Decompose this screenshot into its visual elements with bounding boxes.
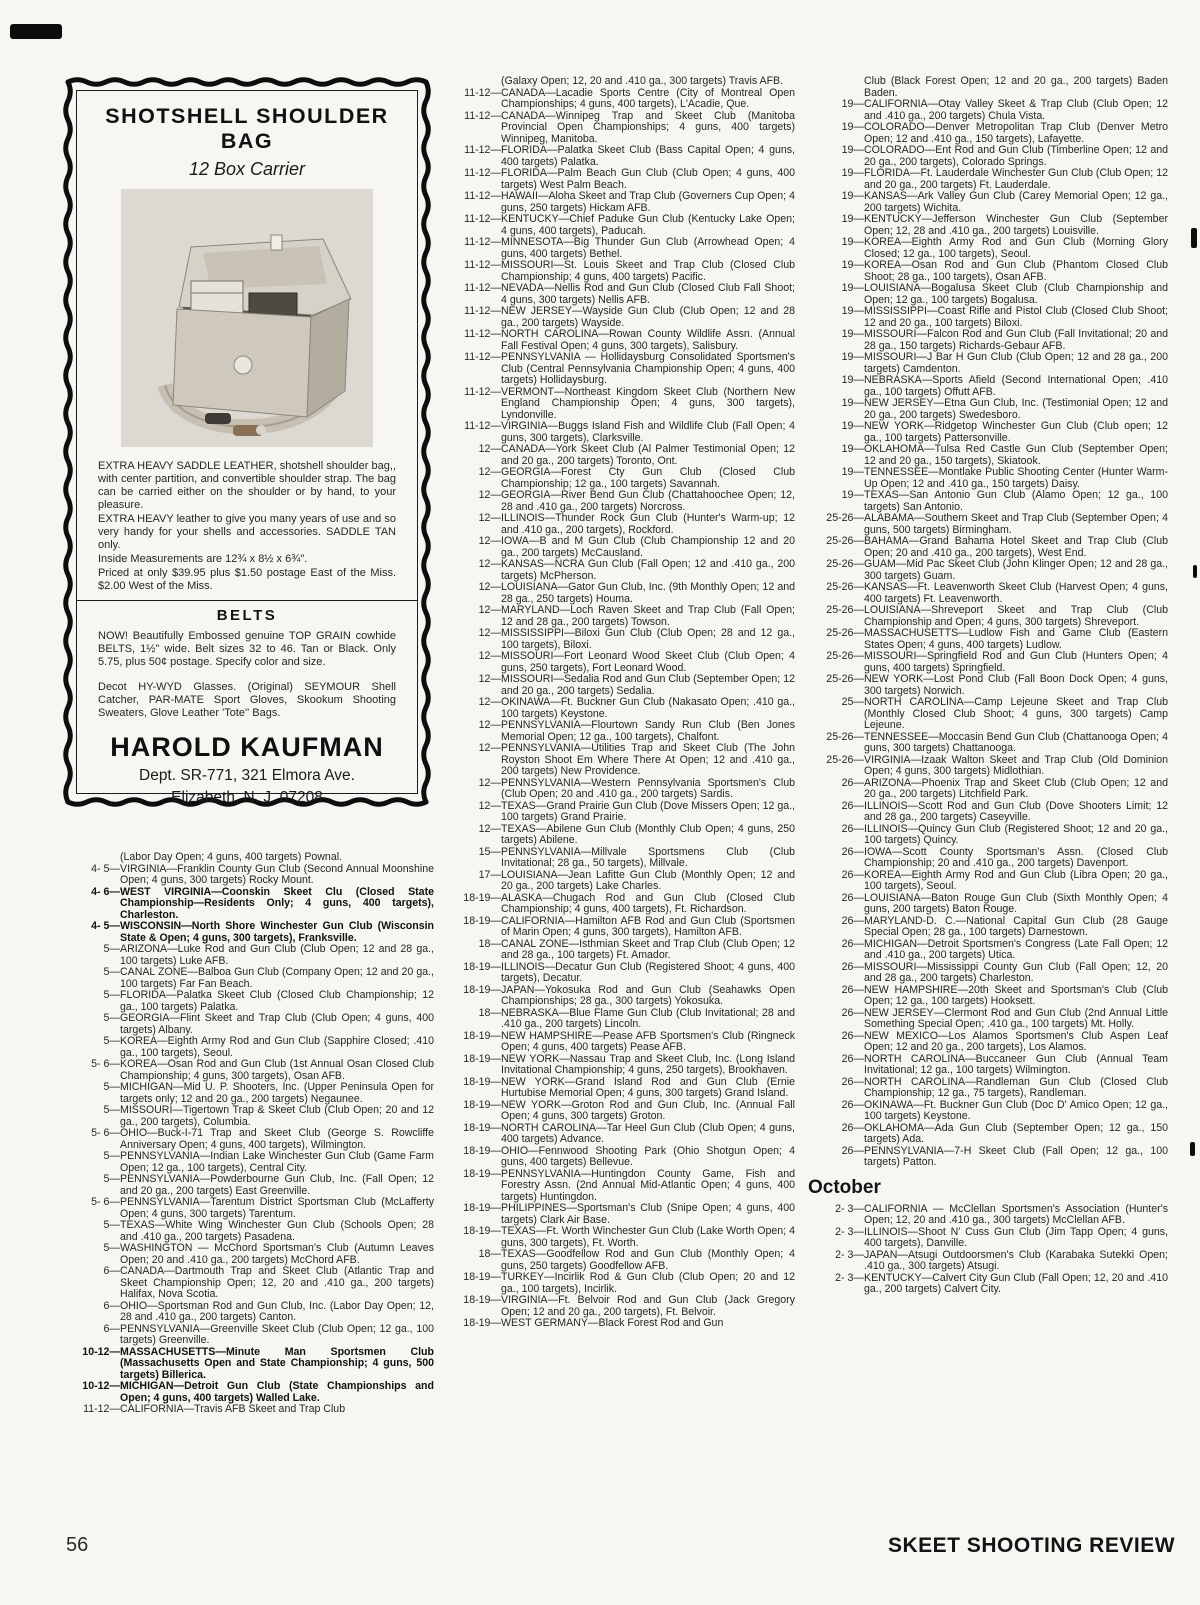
event-listing: 25-26—GUAM—Mid Pac Skeet Club (John Klin… [806, 559, 1168, 582]
event-date: 12— [443, 559, 501, 582]
event-text: PENNSYLVANIA—Western Pennsylvania Sports… [501, 778, 795, 801]
event-text: NEW YORK—Groton Rod and Gun Club, Inc. (… [501, 1100, 795, 1123]
event-date: 18-19— [443, 1226, 501, 1249]
event-date: 11-12— [443, 214, 501, 237]
event-text: BAHAMA—Grand Bahama Hotel Skeet and Trap… [864, 536, 1168, 559]
event-date: 12— [443, 467, 501, 490]
event-listing: 12—MISSISSIPPI—Biloxi Gun Club (Club Ope… [443, 628, 795, 651]
event-date: 26— [806, 893, 864, 916]
event-text: TEXAS—Goodfellow Rod and Gun Club (Month… [501, 1249, 795, 1272]
event-text: COLORADO—Ent Rod and Gun Club (Timberlin… [864, 145, 1168, 168]
event-listing: 18-19—PHILIPPINES—Sportsman's Club (Snip… [443, 1203, 795, 1226]
event-listing: 26—NEW HAMPSHIRE—20th Skeet and Sportsma… [806, 985, 1168, 1008]
event-date: 11-12— [443, 88, 501, 111]
event-text: TEXAS—Ft. Worth Winchester Gun Club (Lak… [501, 1226, 795, 1249]
event-listing: 25-26—TENNESSEE—Moccasin Bend Gun Club (… [806, 732, 1168, 755]
event-date: 18-19— [443, 1203, 501, 1226]
event-date: 5- 6— [62, 1197, 120, 1220]
magazine-title-footer: SKEET SHOOTING REVIEW [888, 1534, 1175, 1558]
event-listing: 18-19—NEW YORK—Groton Rod and Gun Club, … [443, 1100, 795, 1123]
event-date: 19— [806, 122, 864, 145]
event-text: MINNESOTA—Big Thunder Gun Club (Arrowhea… [501, 237, 795, 260]
event-text: CANADA—Lacadie Sports Centre (City of Mo… [501, 88, 795, 111]
event-text: MISSOURI—Springfield Rod and Gun Club (H… [864, 651, 1168, 674]
event-listing: 25-26—MISSOURI—Springfield Rod and Gun C… [806, 651, 1168, 674]
vendor-address-line1: Dept. SR-771, 321 Elmora Ave. [77, 767, 417, 785]
event-date: 26— [806, 801, 864, 824]
event-date: 11-12— [443, 260, 501, 283]
event-text: NEW YORK—Grand Island Rod and Gun Club (… [501, 1077, 795, 1100]
event-listing: 26—ILLINOIS—Quincy Gun Club (Registered … [806, 824, 1168, 847]
event-date: 18-19— [443, 916, 501, 939]
event-date: 2- 3— [806, 1250, 864, 1273]
event-date: 2- 3— [806, 1204, 864, 1227]
event-listing: 19—LOUISIANA—Bogalusa Skeet Club (Club C… [806, 283, 1168, 306]
event-listing: 26—OKINAWA—Ft. Buckner Gun Club (Doc D' … [806, 1100, 1168, 1123]
scan-artifact [10, 24, 62, 39]
event-date: 19— [806, 352, 864, 375]
event-text: OKLAHOMA—Ada Gun Club (September Open; 1… [864, 1123, 1168, 1146]
event-date: 26— [806, 778, 864, 801]
event-date: 12— [443, 697, 501, 720]
event-list-middle: (Galaxy Open; 12, 20 and .410 ga., 300 t… [443, 76, 795, 1330]
event-text: PHILIPPINES—Sportsman's Club (Snipe Open… [501, 1203, 795, 1226]
event-listing: 12—GEORGIA—River Bend Gun Club (Chattaho… [443, 490, 795, 513]
event-date: 25-26— [806, 755, 864, 778]
event-listing: 11-12—CALIFORNIA—Travis AFB Skeet and Tr… [62, 1404, 434, 1416]
event-text: GEORGIA—Forest Cty Gun Club (Closed Club… [501, 467, 795, 490]
event-text: GUAM—Mid Pac Skeet Club (John Klinger Op… [864, 559, 1168, 582]
event-text: NORTH CAROLINA—Randleman Gun Club (Close… [864, 1077, 1168, 1100]
event-text: OHIO—Buck-I-71 Trap and Skeet Club (Geor… [120, 1128, 434, 1151]
event-text: OKINAWA—Ft. Buckner Gun Club (Nakasato O… [501, 697, 795, 720]
event-listing: 11-12—FLORIDA—Palatka Skeet Club (Bass C… [443, 145, 795, 168]
event-date: 26— [806, 870, 864, 893]
event-text: MISSOURI—Falcon Rod and Gun Club (Fall I… [864, 329, 1168, 352]
event-listing: 2- 3—CALIFORNIA — McClellan Sportsmen's … [806, 1204, 1168, 1227]
event-text: VIRGINIA—Franklin County Gun Club (Secon… [120, 864, 434, 887]
event-text: PENNSYLVANIA—Indian Lake Winchester Gun … [120, 1151, 434, 1174]
ad-paragraph: Inside Measurements are 12¾ x 8½ x 6¾". [98, 553, 396, 566]
event-listing: 11-12—CANADA—Winnipeg Trap and Skeet Clu… [443, 111, 795, 146]
event-listing: 12—PENNSYLVANIA—Western Pennsylvania Spo… [443, 778, 795, 801]
event-text: MISSISSIPPI—Biloxi Gun Club (Club Open; … [501, 628, 795, 651]
ad-paragraph: Priced at only $39.95 plus $1.50 postage… [98, 567, 396, 593]
event-listing: 18-19—ALASKA—Chugach Rod and Gun Club (C… [443, 893, 795, 916]
event-text: ILLINOIS—Thunder Rock Gun Club (Hunter's… [501, 513, 795, 536]
event-text: IOWA—Scott County Sportsman's Assn. (Clo… [864, 847, 1168, 870]
event-date: 5— [62, 1220, 120, 1243]
event-list-right-october: 2- 3—CALIFORNIA — McClellan Sportsmen's … [806, 1204, 1168, 1296]
event-listing: 5—MISSOURI—Tigertown Trap & Skeet Club (… [62, 1105, 434, 1128]
event-date: 26— [806, 939, 864, 962]
event-listing: 12—PENNSYLVANIA—Utilities Trap and Skeet… [443, 743, 795, 778]
event-text: MICHIGAN—Detroit Sportsmen's Congress (L… [864, 939, 1168, 962]
event-listing: 19—KANSAS—Ark Valley Gun Club (Carey Mem… [806, 191, 1168, 214]
event-listing: 18-19—TURKEY—Incirlik Rod & Gun Club (Cl… [443, 1272, 795, 1295]
event-date: 19— [806, 490, 864, 513]
event-listing: 18-19—ILLINOIS—Decatur Gun Club (Registe… [443, 962, 795, 985]
event-listing: 19—COLORADO—Ent Rod and Gun Club (Timber… [806, 145, 1168, 168]
event-date [443, 76, 501, 88]
event-text: NEW JERSEY—Clermont Rod and Gun Club (2n… [864, 1008, 1168, 1031]
event-listing: 19—TEXAS—San Antonio Gun Club (Alamo Ope… [806, 490, 1168, 513]
event-listing: 12—TEXAS—Abilene Gun Club (Monthly Club … [443, 824, 795, 847]
event-date [62, 852, 120, 864]
event-date: 11-12— [443, 145, 501, 168]
event-date: 11-12— [443, 237, 501, 260]
event-date: 25-26— [806, 559, 864, 582]
event-text: NEBRASKA—Sports Afield (Second Internati… [864, 375, 1168, 398]
event-listing: 11-12—NEVADA—Nellis Rod and Gun Club (Cl… [443, 283, 795, 306]
event-text: NORTH CAROLINA—Tar Heel Gun Club (Club O… [501, 1123, 795, 1146]
event-date: 11-12— [443, 111, 501, 146]
event-listing: 12—KANSAS—NCRA Gun Club (Fall Open; 12 a… [443, 559, 795, 582]
event-date: 25-26— [806, 605, 864, 628]
event-date: 26— [806, 962, 864, 985]
event-date: 12— [443, 536, 501, 559]
event-date: 5— [62, 967, 120, 990]
event-listing: 18-19—JAPAN—Yokosuka Rod and Gun Club (S… [443, 985, 795, 1008]
event-listing: 4- 5—WISCONSIN—North Shore Winchester Gu… [62, 921, 434, 944]
event-listing: 26—MARYLAND-D. C.—National Capital Gun C… [806, 916, 1168, 939]
event-text: CALIFORNIA—Hamilton AFB Rod and Gun Club… [501, 916, 795, 939]
event-date: 25-26— [806, 674, 864, 697]
event-date: 5— [62, 1082, 120, 1105]
event-listing: 18-19—WEST GERMANY—Black Forest Rod and … [443, 1318, 795, 1330]
event-text: CALIFORNIA—Otay Valley Skeet & Trap Club… [864, 99, 1168, 122]
event-text: PENNSYLVANIA—Tarentum District Sportsman… [120, 1197, 434, 1220]
event-listing: 12—MISSOURI—Sedalia Rod and Gun Club (Se… [443, 674, 795, 697]
product-photo [121, 189, 373, 452]
event-text: (Galaxy Open; 12, 20 and .410 ga., 300 t… [501, 76, 795, 88]
event-text: KANSAS—NCRA Gun Club (Fall Open; 12 and … [501, 559, 795, 582]
event-text: NORTH CAROLINA—Buccaneer Gun Club (Annua… [864, 1054, 1168, 1077]
event-date: 15— [443, 847, 501, 870]
section-divider [77, 600, 417, 601]
event-date: 12— [443, 720, 501, 743]
event-listing: 11-12—FLORIDA—Palm Beach Gun Club (Club … [443, 168, 795, 191]
event-date: 11-12— [443, 306, 501, 329]
event-listing: 5—KOREA—Eighth Army Rod and Gun Club (Sa… [62, 1036, 434, 1059]
event-date: 19— [806, 398, 864, 421]
event-listing: 25-26—NEW YORK—Lost Pond Club (Fall Boon… [806, 674, 1168, 697]
ad-paragraph: EXTRA HEAVY leather to give you many yea… [98, 513, 396, 552]
event-list-left: (Labor Day Open; 4 guns, 400 targets) Po… [62, 852, 434, 1416]
event-text: PENNSYLVANIA—Millvale Sportsmens Club (C… [501, 847, 795, 870]
event-text: ALABAMA—Southern Skeet and Trap Club (Se… [864, 513, 1168, 536]
event-text: TENNESSEE—Moccasin Bend Gun Club (Chatta… [864, 732, 1168, 755]
event-text: CANADA—York Skeet Club (Al Palmer Testim… [501, 444, 795, 467]
event-listing: 5—FLORIDA—Palatka Skeet Club (Closed Clu… [62, 990, 434, 1013]
event-text: ALASKA—Chugach Rod and Gun Club (Closed … [501, 893, 795, 916]
event-listing: (Labor Day Open; 4 guns, 400 targets) Po… [62, 852, 434, 864]
event-text: ARIZONA—Phoenix Trap and Skeet Club (Clu… [864, 778, 1168, 801]
ad-copy: EXTRA HEAVY SADDLE LEATHER, shotshell sh… [77, 460, 417, 593]
event-date [806, 76, 864, 99]
event-text: TEXAS—San Antonio Gun Club (Alamo Open; … [864, 490, 1168, 513]
event-listing: 25-26—VIRGINIA—Izaak Walton Skeet and Tr… [806, 755, 1168, 778]
event-date: 18-19— [443, 1031, 501, 1054]
event-date: 12— [443, 444, 501, 467]
event-listing: 26—MICHIGAN—Detroit Sportsmen's Congress… [806, 939, 1168, 962]
event-text: KOREA—Eighth Army Rod and Gun Club (Sapp… [120, 1036, 434, 1059]
event-date: 5— [62, 1174, 120, 1197]
event-listing: 18-19—TEXAS—Ft. Worth Winchester Gun Clu… [443, 1226, 795, 1249]
event-text: FLORIDA—Ft. Lauderdale Winchester Gun Cl… [864, 168, 1168, 191]
event-listing: 25-26—BAHAMA—Grand Bahama Hotel Skeet an… [806, 536, 1168, 559]
event-date: 19— [806, 260, 864, 283]
event-text: ILLINOIS—Decatur Gun Club (Registered Sh… [501, 962, 795, 985]
event-text: GEORGIA—Flint Skeet and Trap Club (Club … [120, 1013, 434, 1036]
event-text: PENNSYLVANIA—Huntingdon County Game, Fis… [501, 1169, 795, 1204]
event-date: 11-12— [443, 168, 501, 191]
event-date: 12— [443, 605, 501, 628]
event-listing: 18—NEBRASKA—Blue Flame Gun Club (Club In… [443, 1008, 795, 1031]
event-listing: 12—MISSOURI—Fort Leonard Wood Skeet Club… [443, 651, 795, 674]
event-listing: 2- 3—ILLINOIS—Shoot N' Cuss Gun Club (Ji… [806, 1227, 1168, 1250]
event-date: 5- 6— [62, 1059, 120, 1082]
event-text: MASSACHUSETTS—Ludlow Fish and Game Club … [864, 628, 1168, 651]
event-date: 12— [443, 628, 501, 651]
event-listing: 19—CALIFORNIA—Otay Valley Skeet & Trap C… [806, 99, 1168, 122]
event-date: 2- 3— [806, 1273, 864, 1296]
event-text: ILLINOIS—Quincy Gun Club (Registered Sho… [864, 824, 1168, 847]
event-listing: 18—TEXAS—Goodfellow Rod and Gun Club (Mo… [443, 1249, 795, 1272]
event-date: 18-19— [443, 1318, 501, 1330]
page-number: 56 [66, 1534, 88, 1557]
event-text: NEW MEXICO—Los Alamos Sportsmen's Club A… [864, 1031, 1168, 1054]
event-date: 26— [806, 1146, 864, 1169]
event-date: 12— [443, 651, 501, 674]
event-text: KOREA—Eighth Army Rod and Gun Club (Libr… [864, 870, 1168, 893]
event-text: NEBRASKA—Blue Flame Gun Club (Club Invit… [501, 1008, 795, 1031]
event-date: 12— [443, 513, 501, 536]
event-text: KOREA—Eighth Army Rod and Gun Club (Morn… [864, 237, 1168, 260]
event-listing: 25-26—KANSAS—Ft. Leavenworth Skeet Club … [806, 582, 1168, 605]
event-text: OHIO—Fennwood Shooting Park (Ohio Shotgu… [501, 1146, 795, 1169]
event-date: 19— [806, 375, 864, 398]
shotshell-bag-advertisement: SHOTSHELL SHOULDER BAG 12 Box Carrier [60, 74, 434, 810]
event-listing: 11-12—MISSOURI—St. Louis Skeet and Trap … [443, 260, 795, 283]
event-date: 4- 6— [62, 887, 120, 922]
event-date: 11-12— [443, 387, 501, 422]
extras-copy: Decot HY-WYD Glasses. (Original) SEYMOUR… [77, 681, 417, 720]
event-listing: 10-12—MASSACHUSETTS—Minute Man Sportsmen… [62, 1347, 434, 1382]
event-date: 26— [806, 1054, 864, 1077]
event-listing: 5—CANAL ZONE—Balboa Gun Club (Company Op… [62, 967, 434, 990]
vendor-name: HAROLD KAUFMAN [77, 732, 417, 763]
ad-subtitle: 12 Box Carrier [77, 159, 417, 180]
event-date: 19— [806, 168, 864, 191]
event-date: 19— [806, 283, 864, 306]
event-text: TEXAS—White Wing Winchester Gun Club (Sc… [120, 1220, 434, 1243]
event-text: LOUISIANA—Bogalusa Skeet Club (Club Cham… [864, 283, 1168, 306]
ad-title: SHOTSHELL SHOULDER BAG [77, 104, 417, 154]
event-listing: 26—PENNSYLVANIA—7-H Skeet Club (Fall Ope… [806, 1146, 1168, 1169]
event-date: 18-19— [443, 1169, 501, 1204]
scan-artifact [1193, 565, 1197, 578]
event-listing: 26—NEW JERSEY—Clermont Rod and Gun Club … [806, 1008, 1168, 1031]
event-listing: 26—NORTH CAROLINA—Randleman Gun Club (Cl… [806, 1077, 1168, 1100]
event-date: 18-19— [443, 1295, 501, 1318]
event-date: 12— [443, 490, 501, 513]
event-date: 10-12— [62, 1347, 120, 1382]
event-date: 25-26— [806, 582, 864, 605]
event-text: TEXAS—Grand Prairie Gun Club (Dove Misse… [501, 801, 795, 824]
event-listing: 26—LOUISIANA—Baton Rouge Gun Club (Sixth… [806, 893, 1168, 916]
event-listing: 12—MARYLAND—Loch Raven Skeet and Trap Cl… [443, 605, 795, 628]
event-text: NEW JERSEY—Wayside Gun Club (Club Open; … [501, 306, 795, 329]
event-text: MISSOURI—Tigertown Trap & Skeet Club (Cl… [120, 1105, 434, 1128]
event-listing: 11-12—KENTUCKY—Chief Paduke Gun Club (Ke… [443, 214, 795, 237]
event-listing: 12—GEORGIA—Forest Cty Gun Club (Closed C… [443, 467, 795, 490]
product-photo-illustration [121, 189, 373, 447]
event-listing: 11-12—HAWAII—Aloha Skeet and Trap Club (… [443, 191, 795, 214]
event-date: 5— [62, 944, 120, 967]
event-listing: 11-12—PENNSYLVANIA — Hollidaysburg Conso… [443, 352, 795, 387]
event-text: MICHIGAN—Mid U. P. Shooters, Inc. (Upper… [120, 1082, 434, 1105]
event-listing: 25-26—ALABAMA—Southern Skeet and Trap Cl… [806, 513, 1168, 536]
event-date: 6— [62, 1266, 120, 1301]
event-date: 18-19— [443, 1146, 501, 1169]
event-text: ILLINOIS—Shoot N' Cuss Gun Club (Jim Tap… [864, 1227, 1168, 1250]
event-listing: 26—KOREA—Eighth Army Rod and Gun Club (L… [806, 870, 1168, 893]
event-listing: 5—WASHINGTON — McChord Sportsman's Club … [62, 1243, 434, 1266]
event-text: KENTUCKY—Jefferson Winchester Gun Club (… [864, 214, 1168, 237]
event-text: LOUISIANA—Gator Gun Club, Inc. (9th Mont… [501, 582, 795, 605]
event-date: 10-12— [62, 1381, 120, 1404]
event-text: TURKEY—Incirlik Rod & Gun Club (Club Ope… [501, 1272, 795, 1295]
event-text: LOUISIANA—Baton Rouge Gun Club (Sixth Mo… [864, 893, 1168, 916]
event-listing: 18-19—NEW YORK—Nassau Trap and Skeet Clu… [443, 1054, 795, 1077]
event-date: 5— [62, 1036, 120, 1059]
event-listing: 6—PENNSYLVANIA—Greenville Skeet Club (Cl… [62, 1324, 434, 1347]
event-date: 11-12— [443, 352, 501, 387]
event-text: HAWAII—Aloha Skeet and Trap Club (Govern… [501, 191, 795, 214]
event-listing: 5—PENNSYLVANIA—Powderbourne Gun Club, In… [62, 1174, 434, 1197]
event-listing: 5—ARIZONA—Luke Rod and Gun Club (Club Op… [62, 944, 434, 967]
event-text: NEW HAMPSHIRE—Pease AFB Sportsmen's Club… [501, 1031, 795, 1054]
event-listing: 19—NEW YORK—Ridgetop Winchester Gun Club… [806, 421, 1168, 444]
event-date: 25-26— [806, 732, 864, 755]
event-text: TEXAS—Abilene Gun Club (Monthly Club Ope… [501, 824, 795, 847]
event-date: 5— [62, 1151, 120, 1174]
event-listing: 26—OKLAHOMA—Ada Gun Club (September Open… [806, 1123, 1168, 1146]
event-text: FLORIDA—Palm Beach Gun Club (Club Open; … [501, 168, 795, 191]
event-date: 18-19— [443, 1054, 501, 1077]
event-listing: 19—OKLAHOMA—Tulsa Red Castle Gun Club (S… [806, 444, 1168, 467]
event-listing: 19—MISSOURI—J Bar H Gun Club (Club Open;… [806, 352, 1168, 375]
event-date: 19— [806, 237, 864, 260]
event-text: TENNESSEE—Montlake Public Shooting Cente… [864, 467, 1168, 490]
event-listing: 19—NEBRASKA—Sports Afield (Second Intern… [806, 375, 1168, 398]
vendor-address-line2: Elizabeth, N. J. 07208 [77, 789, 417, 807]
event-text: PENNSYLVANIA—Utilities Trap and Skeet Cl… [501, 743, 795, 778]
event-text: LOUISIANA—Shreveport Skeet and Trap Club… [864, 605, 1168, 628]
event-listing: 26—NORTH CAROLINA—Buccaneer Gun Club (An… [806, 1054, 1168, 1077]
event-date: 12— [443, 743, 501, 778]
event-text: WEST VIRGINIA—Coonskin Skeet Clu (Closed… [120, 887, 434, 922]
event-date: 26— [806, 1031, 864, 1054]
event-text: VERMONT—Northeast Kingdom Skeet Club (No… [501, 387, 795, 422]
event-listing: 5—TEXAS—White Wing Winchester Gun Club (… [62, 1220, 434, 1243]
event-text: WEST GERMANY—Black Forest Rod and Gun [501, 1318, 795, 1330]
event-date: 11-12— [443, 283, 501, 306]
event-listing: 6—OHIO—Sportsman Rod and Gun Club, Inc. … [62, 1301, 434, 1324]
event-text: MISSOURI—J Bar H Gun Club (Club Open; 12… [864, 352, 1168, 375]
event-listing: 19—COLORADO—Denver Metropolitan Trap Clu… [806, 122, 1168, 145]
event-date: 25-26— [806, 513, 864, 536]
event-date: 19— [806, 467, 864, 490]
event-text: IOWA—B and M Gun Club (Club Championship… [501, 536, 795, 559]
event-text: PENNSYLVANIA — Hollidaysburg Consolidate… [501, 352, 795, 387]
event-text: MICHIGAN—Detroit Gun Club (State Champio… [120, 1381, 434, 1404]
event-date: 17— [443, 870, 501, 893]
event-listing: 2- 3—JAPAN—Atsugi Outdoorsmen's Club (Ka… [806, 1250, 1168, 1273]
event-date: 26— [806, 1008, 864, 1031]
event-date: 19— [806, 214, 864, 237]
event-text: WASHINGTON — McChord Sportsman's Club (A… [120, 1243, 434, 1266]
event-text: NEW YORK—Ridgetop Winchester Gun Club (C… [864, 421, 1168, 444]
belts-copy: NOW! Beautifully Embossed genuine TOP GR… [77, 630, 417, 669]
event-date: 26— [806, 824, 864, 847]
event-listing: 11-12—NEW JERSEY—Wayside Gun Club (Club … [443, 306, 795, 329]
event-date: 4- 5— [62, 864, 120, 887]
event-text: GEORGIA—River Bend Gun Club (Chattahooch… [501, 490, 795, 513]
event-text: PENNSYLVANIA—Greenville Skeet Club (Club… [120, 1324, 434, 1347]
event-listing: 5—GEORGIA—Flint Skeet and Trap Club (Clu… [62, 1013, 434, 1036]
event-date: 26— [806, 1123, 864, 1146]
event-listing: 18-19—NEW HAMPSHIRE—Pease AFB Sportsmen'… [443, 1031, 795, 1054]
belts-heading: BELTS [77, 607, 417, 624]
event-date: 12— [443, 674, 501, 697]
event-listing: 12—LOUISIANA—Gator Gun Club, Inc. (9th M… [443, 582, 795, 605]
event-date: 2- 3— [806, 1227, 864, 1250]
event-text: WISCONSIN—North Shore Winchester Gun Clu… [120, 921, 434, 944]
event-text: FLORIDA—Palatka Skeet Club (Bass Capital… [501, 145, 795, 168]
event-text: JAPAN—Yokosuka Rod and Gun Club (Seahawk… [501, 985, 795, 1008]
event-date: 19— [806, 444, 864, 467]
event-date: 25— [806, 697, 864, 732]
event-text: CANADA—Dartmouth Trap and Skeet Club (At… [120, 1266, 434, 1301]
event-listing: 19—KOREA—Eighth Army Rod and Gun Club (M… [806, 237, 1168, 260]
event-listing: 12—TEXAS—Grand Prairie Gun Club (Dove Mi… [443, 801, 795, 824]
event-listing: 19—MISSOURI—Falcon Rod and Gun Club (Fal… [806, 329, 1168, 352]
event-listing: 4- 5—VIRGINIA—Franklin County Gun Club (… [62, 864, 434, 887]
event-text: MARYLAND—Loch Raven Skeet and Trap Club … [501, 605, 795, 628]
event-text: KOREA—Osan Rod and Gun Club (Phantom Clo… [864, 260, 1168, 283]
event-text: CANAL ZONE—Isthmian Skeet and Trap Club … [501, 939, 795, 962]
event-text: KENTUCKY—Chief Paduke Gun Club (Kentucky… [501, 214, 795, 237]
event-listing: 18-19—NEW YORK—Grand Island Rod and Gun … [443, 1077, 795, 1100]
event-date: 18-19— [443, 985, 501, 1008]
event-date: 11-12— [443, 191, 501, 214]
event-date: 5- 6— [62, 1128, 120, 1151]
event-text: NEW YORK—Lost Pond Club (Fall Boon Dock … [864, 674, 1168, 697]
event-list-right: Club (Black Forest Open; 12 and 20 ga., … [806, 76, 1168, 1296]
event-text: KOREA—Osan Rod and Gun Club (1st Annual … [120, 1059, 434, 1082]
event-listing: 18-19—OHIO—Fennwood Shooting Park (Ohio … [443, 1146, 795, 1169]
event-listing: 26—MISSOURI—Mississippi County Gun Club … [806, 962, 1168, 985]
event-text: PENNSYLVANIA—Flourtown Sandy Run Club (B… [501, 720, 795, 743]
event-listing: 5- 6—OHIO—Buck-I-71 Trap and Skeet Club … [62, 1128, 434, 1151]
event-date: 19— [806, 306, 864, 329]
event-text: (Labor Day Open; 4 guns, 400 targets) Po… [120, 852, 434, 864]
event-listing: (Galaxy Open; 12, 20 and .410 ga., 300 t… [443, 76, 795, 88]
event-date: 18-19— [443, 1100, 501, 1123]
event-text: OHIO—Sportsman Rod and Gun Club, Inc. (L… [120, 1301, 434, 1324]
